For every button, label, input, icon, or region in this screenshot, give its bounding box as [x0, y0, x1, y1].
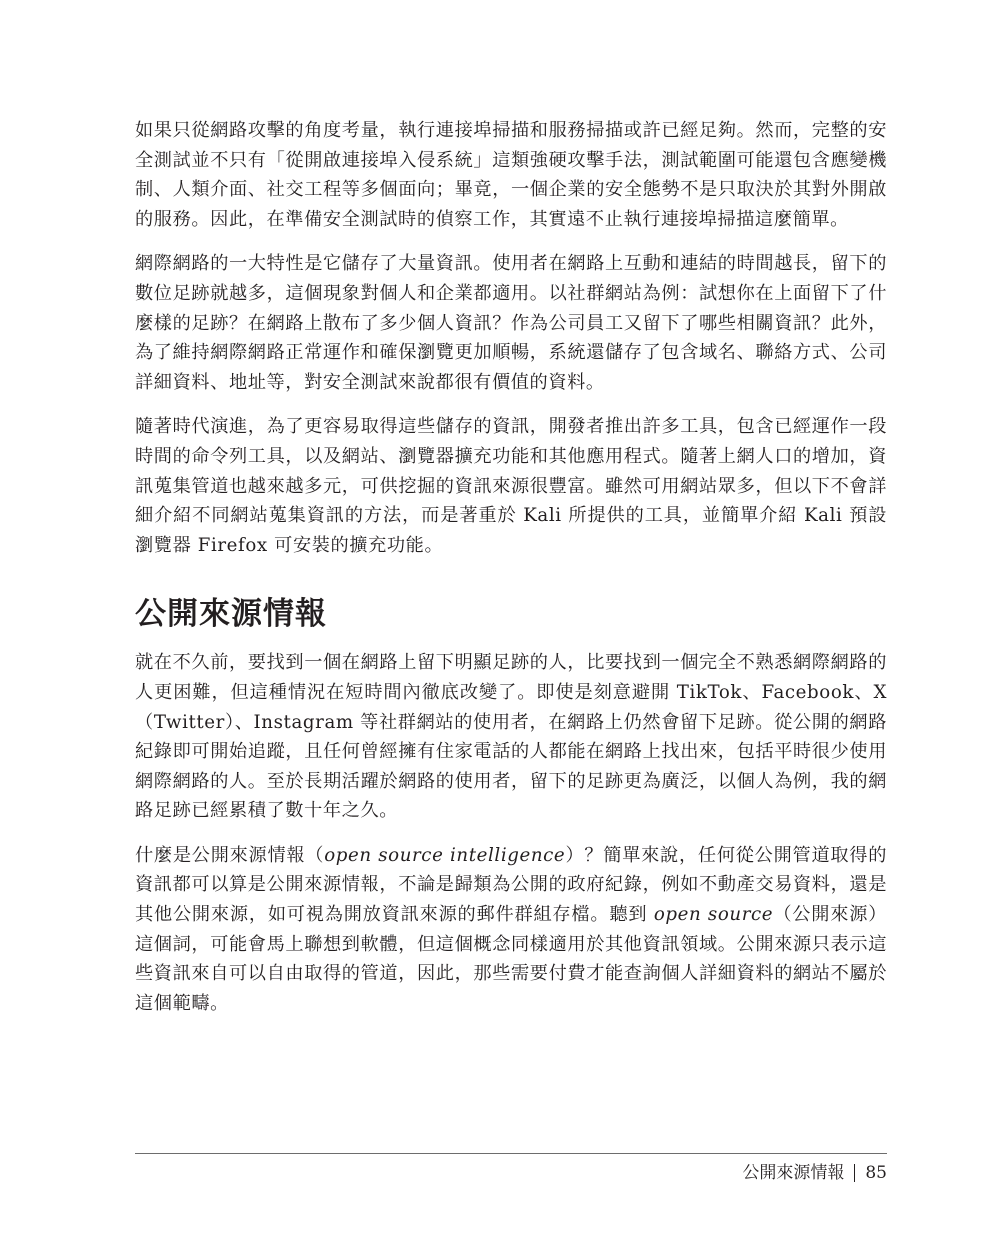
- page-footer: 公開來源情報 85: [742, 1161, 887, 1185]
- footer-separator: [854, 1164, 855, 1182]
- page-content: 如果只從網路攻擊的角度考量，執行連接埠掃描和服務掃描或許已經足夠。然而，完整的安…: [135, 116, 887, 1018]
- section-heading: 公開來源情報: [135, 594, 887, 634]
- footer-divider: [135, 1153, 887, 1154]
- paragraph-port-scanning: 如果只從網路攻擊的角度考量，執行連接埠掃描和服務掃描或許已經足夠。然而，完整的安…: [135, 116, 887, 234]
- italic-term: open source: [654, 904, 773, 925]
- paragraph-digital-footprint: 網際網路的一大特性是它儲存了大量資訊。使用者在網路上互動和連結的時間越長，留下的…: [135, 249, 887, 397]
- page-number: 85: [865, 1161, 887, 1185]
- text-segment: 什麼是公開來源情報（: [135, 845, 324, 866]
- italic-term: open source intelligence: [324, 845, 565, 866]
- paragraph-osint-intro: 就在不久前，要找到一個在網路上留下明顯足跡的人，比要找到一個完全不熟悉網際網路的…: [135, 648, 887, 826]
- paragraph-tools: 隨著時代演進，為了更容易取得這些儲存的資訊，開發者推出許多工具，包含已經運作一段…: [135, 412, 887, 560]
- paragraph-osint-definition: 什麼是公開來源情報（open source intelligence）？簡單來說…: [135, 841, 887, 1019]
- running-title: 公開來源情報: [742, 1161, 844, 1185]
